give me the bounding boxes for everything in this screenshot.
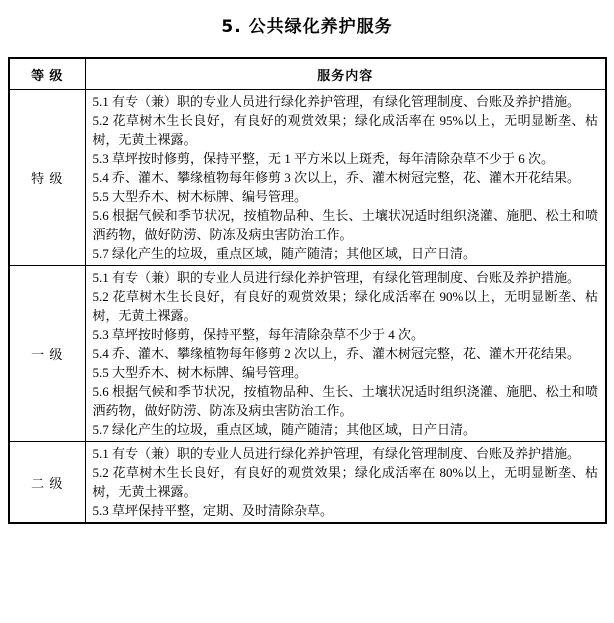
table-header-row: 等 级 服务内容: [9, 58, 606, 90]
service-item: 5.2 花草树木生长良好，有良好的观赏效果；绿化成活率在 90%以上，无明显断垄…: [93, 287, 599, 325]
grade-cell: 一 级: [9, 266, 85, 442]
service-item: 5.1 有专（兼）职的专业人员进行绿化养护管理，有绿化管理制度、台账及养护措施。: [93, 268, 599, 287]
service-item: 5.3 草坪按时修剪，保持平整，无 1 平方米以上斑秃，每年清除杂草不少于 6 …: [93, 149, 599, 168]
service-item: 5.4 乔、灌木、攀缘植物每年修剪 2 次以上，乔、灌木树冠完整，花、灌木开花结…: [93, 344, 599, 363]
grade-cell: 特 级: [9, 90, 85, 266]
service-item: 5.7 绿化产生的垃圾，重点区域，随产随清；其他区域，日产日清。: [93, 420, 599, 439]
content-cell: 5.1 有专（兼）职的专业人员进行绿化养护管理，有绿化管理制度、台账及养护措施。…: [85, 266, 606, 442]
service-item: 5.6 根据气候和季节状况，按植物品种、生长、土壤状况适时组织浇灌、施肥、松土和…: [93, 382, 599, 420]
content-column-header: 服务内容: [85, 58, 606, 90]
service-item: 5.5 大型乔木、树木标牌、编号管理。: [93, 187, 599, 206]
table-row-second-grade: 二 级 5.1 有专（兼）职的专业人员进行绿化养护管理，有绿化管理制度、台账及养…: [9, 442, 606, 524]
service-item: 5.3 草坪保持平整，定期、及时清除杂草。: [93, 501, 599, 520]
document-page: 5. 公共绿化养护服务 等 级 服务内容 特 级 5.1 有专（兼）职的专业人员…: [0, 0, 614, 623]
service-item: 5.3 草坪按时修剪，保持平整，每年清除杂草不少于 4 次。: [93, 325, 599, 344]
table-row-special-grade: 特 级 5.1 有专（兼）职的专业人员进行绿化养护管理，有绿化管理制度、台账及养…: [9, 90, 606, 266]
page-title: 5. 公共绿化养护服务: [0, 0, 614, 37]
content-cell: 5.1 有专（兼）职的专业人员进行绿化养护管理，有绿化管理制度、台账及养护措施。…: [85, 90, 606, 266]
service-grade-table: 等 级 服务内容 特 级 5.1 有专（兼）职的专业人员进行绿化养护管理，有绿化…: [8, 57, 607, 524]
content-cell: 5.1 有专（兼）职的专业人员进行绿化养护管理，有绿化管理制度、台账及养护措施。…: [85, 442, 606, 524]
service-item: 5.6 根据气候和季节状况，按植物品种、生长、土壤状况适时组织浇灌、施肥、松土和…: [93, 206, 599, 244]
grade-column-header: 等 级: [9, 58, 85, 90]
service-item: 5.4 乔、灌木、攀缘植物每年修剪 3 次以上，乔、灌木树冠完整，花、灌木开花结…: [93, 168, 599, 187]
service-item: 5.1 有专（兼）职的专业人员进行绿化养护管理，有绿化管理制度、台账及养护措施。: [93, 444, 599, 463]
service-item: 5.2 花草树木生长良好，有良好的观赏效果；绿化成活率在 95%以上，无明显断垄…: [93, 111, 599, 149]
service-item: 5.5 大型乔木、树木标牌、编号管理。: [93, 363, 599, 382]
service-item: 5.7 绿化产生的垃圾，重点区域，随产随清；其他区域，日产日清。: [93, 244, 599, 263]
grade-cell: 二 级: [9, 442, 85, 524]
service-item: 5.1 有专（兼）职的专业人员进行绿化养护管理，有绿化管理制度、台账及养护措施。: [93, 92, 599, 111]
service-item: 5.2 花草树木生长良好，有良好的观赏效果；绿化成活率在 80%以上，无明显断垄…: [93, 463, 599, 501]
table-row-first-grade: 一 级 5.1 有专（兼）职的专业人员进行绿化养护管理，有绿化管理制度、台账及养…: [9, 266, 606, 442]
